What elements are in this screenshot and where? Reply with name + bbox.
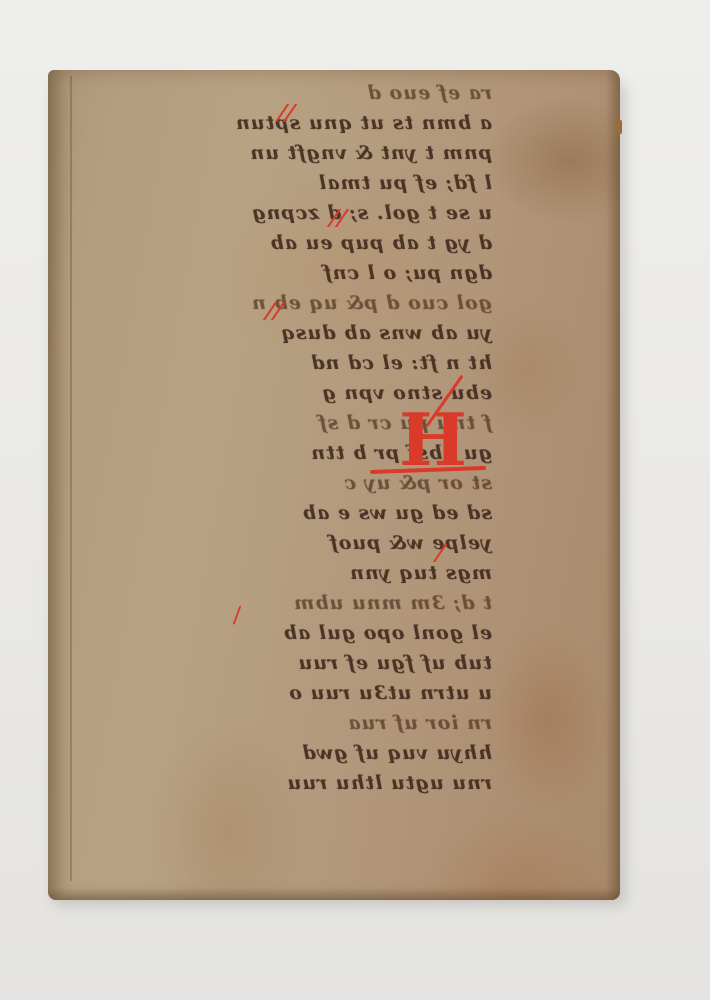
script-line: ht n ft: el cd nd <box>72 348 492 378</box>
script-line: dgn pu; o l cnf <box>72 258 492 288</box>
script-line: d yg t ab pup eu ab <box>72 228 492 258</box>
script-line: sd ed gu ws e ab <box>72 498 492 528</box>
script-line: rn ior uf rua <box>72 708 492 738</box>
fore-edge <box>606 70 620 900</box>
script-line: l fd; ef pu tmal <box>72 168 492 198</box>
script-line: mgs tuq ynn <box>72 558 492 588</box>
script-line: u utrn ut3u ruu o <box>72 678 492 708</box>
script-line: u se t gol. s; d zcpng <box>72 198 492 228</box>
script-line: rnu ugtu lthu ruu <box>72 768 492 798</box>
bottom-edge <box>48 888 620 900</box>
script-line: t d; 3m mnu ubm <box>72 588 492 618</box>
script-line: tub uf fgu ef ruu <box>72 648 492 678</box>
parchment-book-cover: ra ef euo d a bmn ts ut qnu sptun pnm t … <box>48 70 620 900</box>
script-line: yelpe w& puof <box>72 528 492 558</box>
script-line: hhyu vuq uf gwd <box>72 738 492 768</box>
script-line: yu ab wns ab dusq <box>72 318 492 348</box>
torn-corner <box>616 120 622 134</box>
script-line: el gonl opo gul ab <box>72 618 492 648</box>
script-line: pnm t ynt & vngft un <box>72 138 492 168</box>
